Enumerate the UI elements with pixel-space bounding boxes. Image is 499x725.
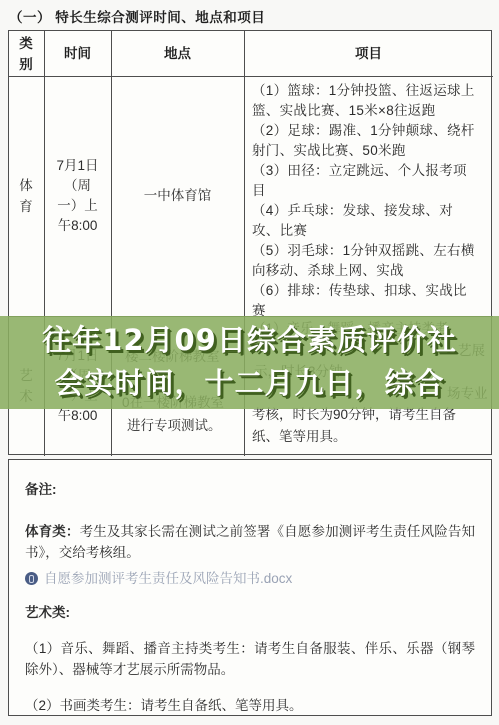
sport-remark-label: 体育类： <box>25 524 80 539</box>
attachment-link[interactable]: 自愿参加测评考生责任及风险告知书.docx <box>44 568 292 589</box>
remarks-box: 备注: 体育类：考生及其家长需在测试之前签署《自愿参加测评考生责任风险告知书》，… <box>8 459 492 716</box>
sport-location-cell: 一中体育馆 <box>111 76 244 316</box>
banner-title-line1: 往年12月09日综合素质评价社 <box>0 319 499 362</box>
header-location: 地点 <box>111 31 244 76</box>
sport-time-cell: 7月1日 （周 一）上 午8:00 <box>44 76 111 316</box>
header-time: 时间 <box>44 31 111 76</box>
banner-title: 往年12月09日综合素质评价社 会实时间，十二月九日，综合 <box>0 319 499 405</box>
header-project: 项目 <box>244 31 493 76</box>
section-title: （一） 特长生综合测评时间、地点和项目 <box>9 6 265 26</box>
sport-category-cell: 体育 <box>9 76 44 316</box>
sport-project-cell: （1）篮球：1分钟投篮、往返运球上 篮、实战比赛、15米×8往返跑 （2）足球：… <box>244 76 493 316</box>
header-category: 类别 <box>9 31 44 76</box>
banner-title-line2: 会实时间，十二月九日，综合 <box>0 362 499 405</box>
art-location-frag: 进行专项测试。 <box>127 417 222 435</box>
sport-remark-text: 考生及其家长需在测试之前签署《自愿参加测评考生责任风险告知书》，交给考核组。 <box>25 524 475 560</box>
sport-remark: 体育类：考生及其家长需在测试之前签署《自愿参加测评考生责任风险告知书》，交给考核… <box>25 521 475 563</box>
attachment-icon <box>25 572 38 585</box>
art-project-frag: 纸、笔等用具。 <box>252 428 347 446</box>
art-remark-item2: （2）书画类考生：请考生自备纸、笔等用具。 <box>25 695 475 716</box>
remarks-label: 备注: <box>25 479 475 500</box>
document-screenshot: （一） 特长生综合测评时间、地点和项目 类别 时间 地点 项目 体育 7月1日 … <box>0 0 499 725</box>
art-remark-label: 艺术类: <box>25 602 475 623</box>
attachment-row[interactable]: 自愿参加测评考生责任及风险告知书.docx <box>25 568 475 589</box>
art-remark-item1: （1）音乐、舞蹈、播音主持类考生：请考生自备服装、伴乐、乐器（钢琴除外）、器械等… <box>25 638 475 680</box>
